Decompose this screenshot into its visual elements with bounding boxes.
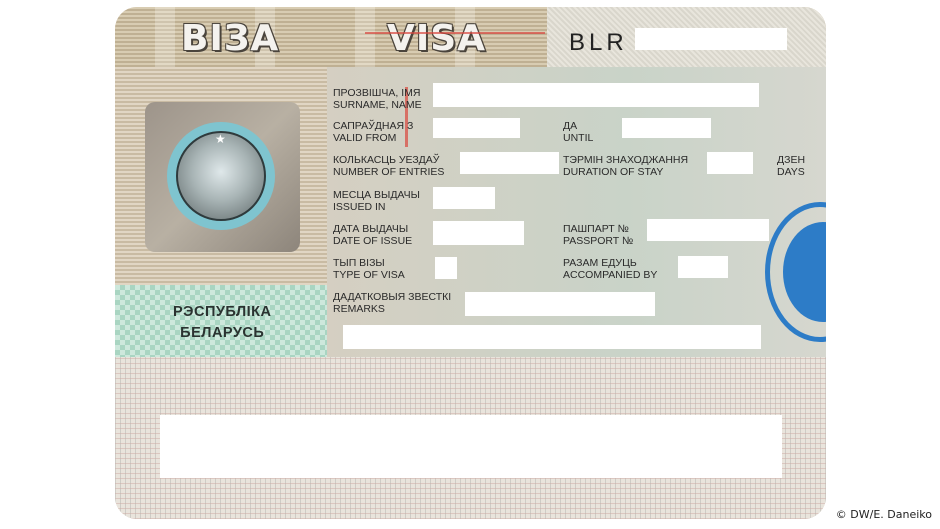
remarks-field [465,292,655,316]
until-field [622,118,711,138]
issued-in-field [433,187,495,209]
title-english: VISA [387,18,486,59]
remarks-label: ДАДАТКОВЫЯ ЗВЕСТКІ REMARKS [333,291,451,315]
country-code: BLR [569,29,628,57]
title-belarusian: ВІЗА [181,18,279,59]
valid-from-field [433,118,520,138]
surname-field [433,83,759,107]
until-label: ДА UNTIL [563,120,593,144]
country-name: РЭСПУБЛІКАБЕЛАРУСЬ [173,302,272,344]
valid-from-label: САПРАЎДНАЯ З VALID FROM [333,120,413,144]
duration-field [707,152,753,174]
red-stamp-mark [365,32,545,34]
days-label: ДЗЕН DAYS [777,154,805,178]
entries-label: КОЛЬКАСЦЬ УЕЗДАЎ NUMBER OF ENTRIES [333,154,444,178]
accompanied-by-field [678,256,728,278]
type-of-visa-label: ТЫП ВІЗЫ TYPE OF VISA [333,257,405,281]
surname-label: ПРОЗВІШЧА, ІМЯ SURNAME, NAME [333,87,422,111]
photo-credit: © DW/E. Daneiko [836,508,932,521]
entries-field [460,152,559,174]
passport-label: ПАШПАРТ № PASSPORT № [563,223,633,247]
star-icon: ★ [215,132,226,146]
duration-label: ТЭРМІН ЗНАХОДЖАННЯ DURATION OF STAY [563,154,688,178]
issued-in-label: МЕСЦА ВЫДАЧЫ ISSUED IN [333,189,420,213]
remarks-field-line2 [343,325,761,349]
accompanied-by-label: РАЗАМ ЕДУЦЬ ACCOMPANIED BY [563,257,657,281]
visa-card: ★ ВІЗА VISA BLR ПРОЗВІШЧА, ІМЯ SURNAME, … [115,7,826,519]
passport-field [647,219,769,241]
visa-number-redacted [635,28,787,50]
type-of-visa-field [435,257,457,279]
date-of-issue-label: ДАТА ВЫДАЧЫ DATE OF ISSUE [333,223,412,247]
date-of-issue-field [433,221,524,245]
mrz-redacted [160,415,782,478]
